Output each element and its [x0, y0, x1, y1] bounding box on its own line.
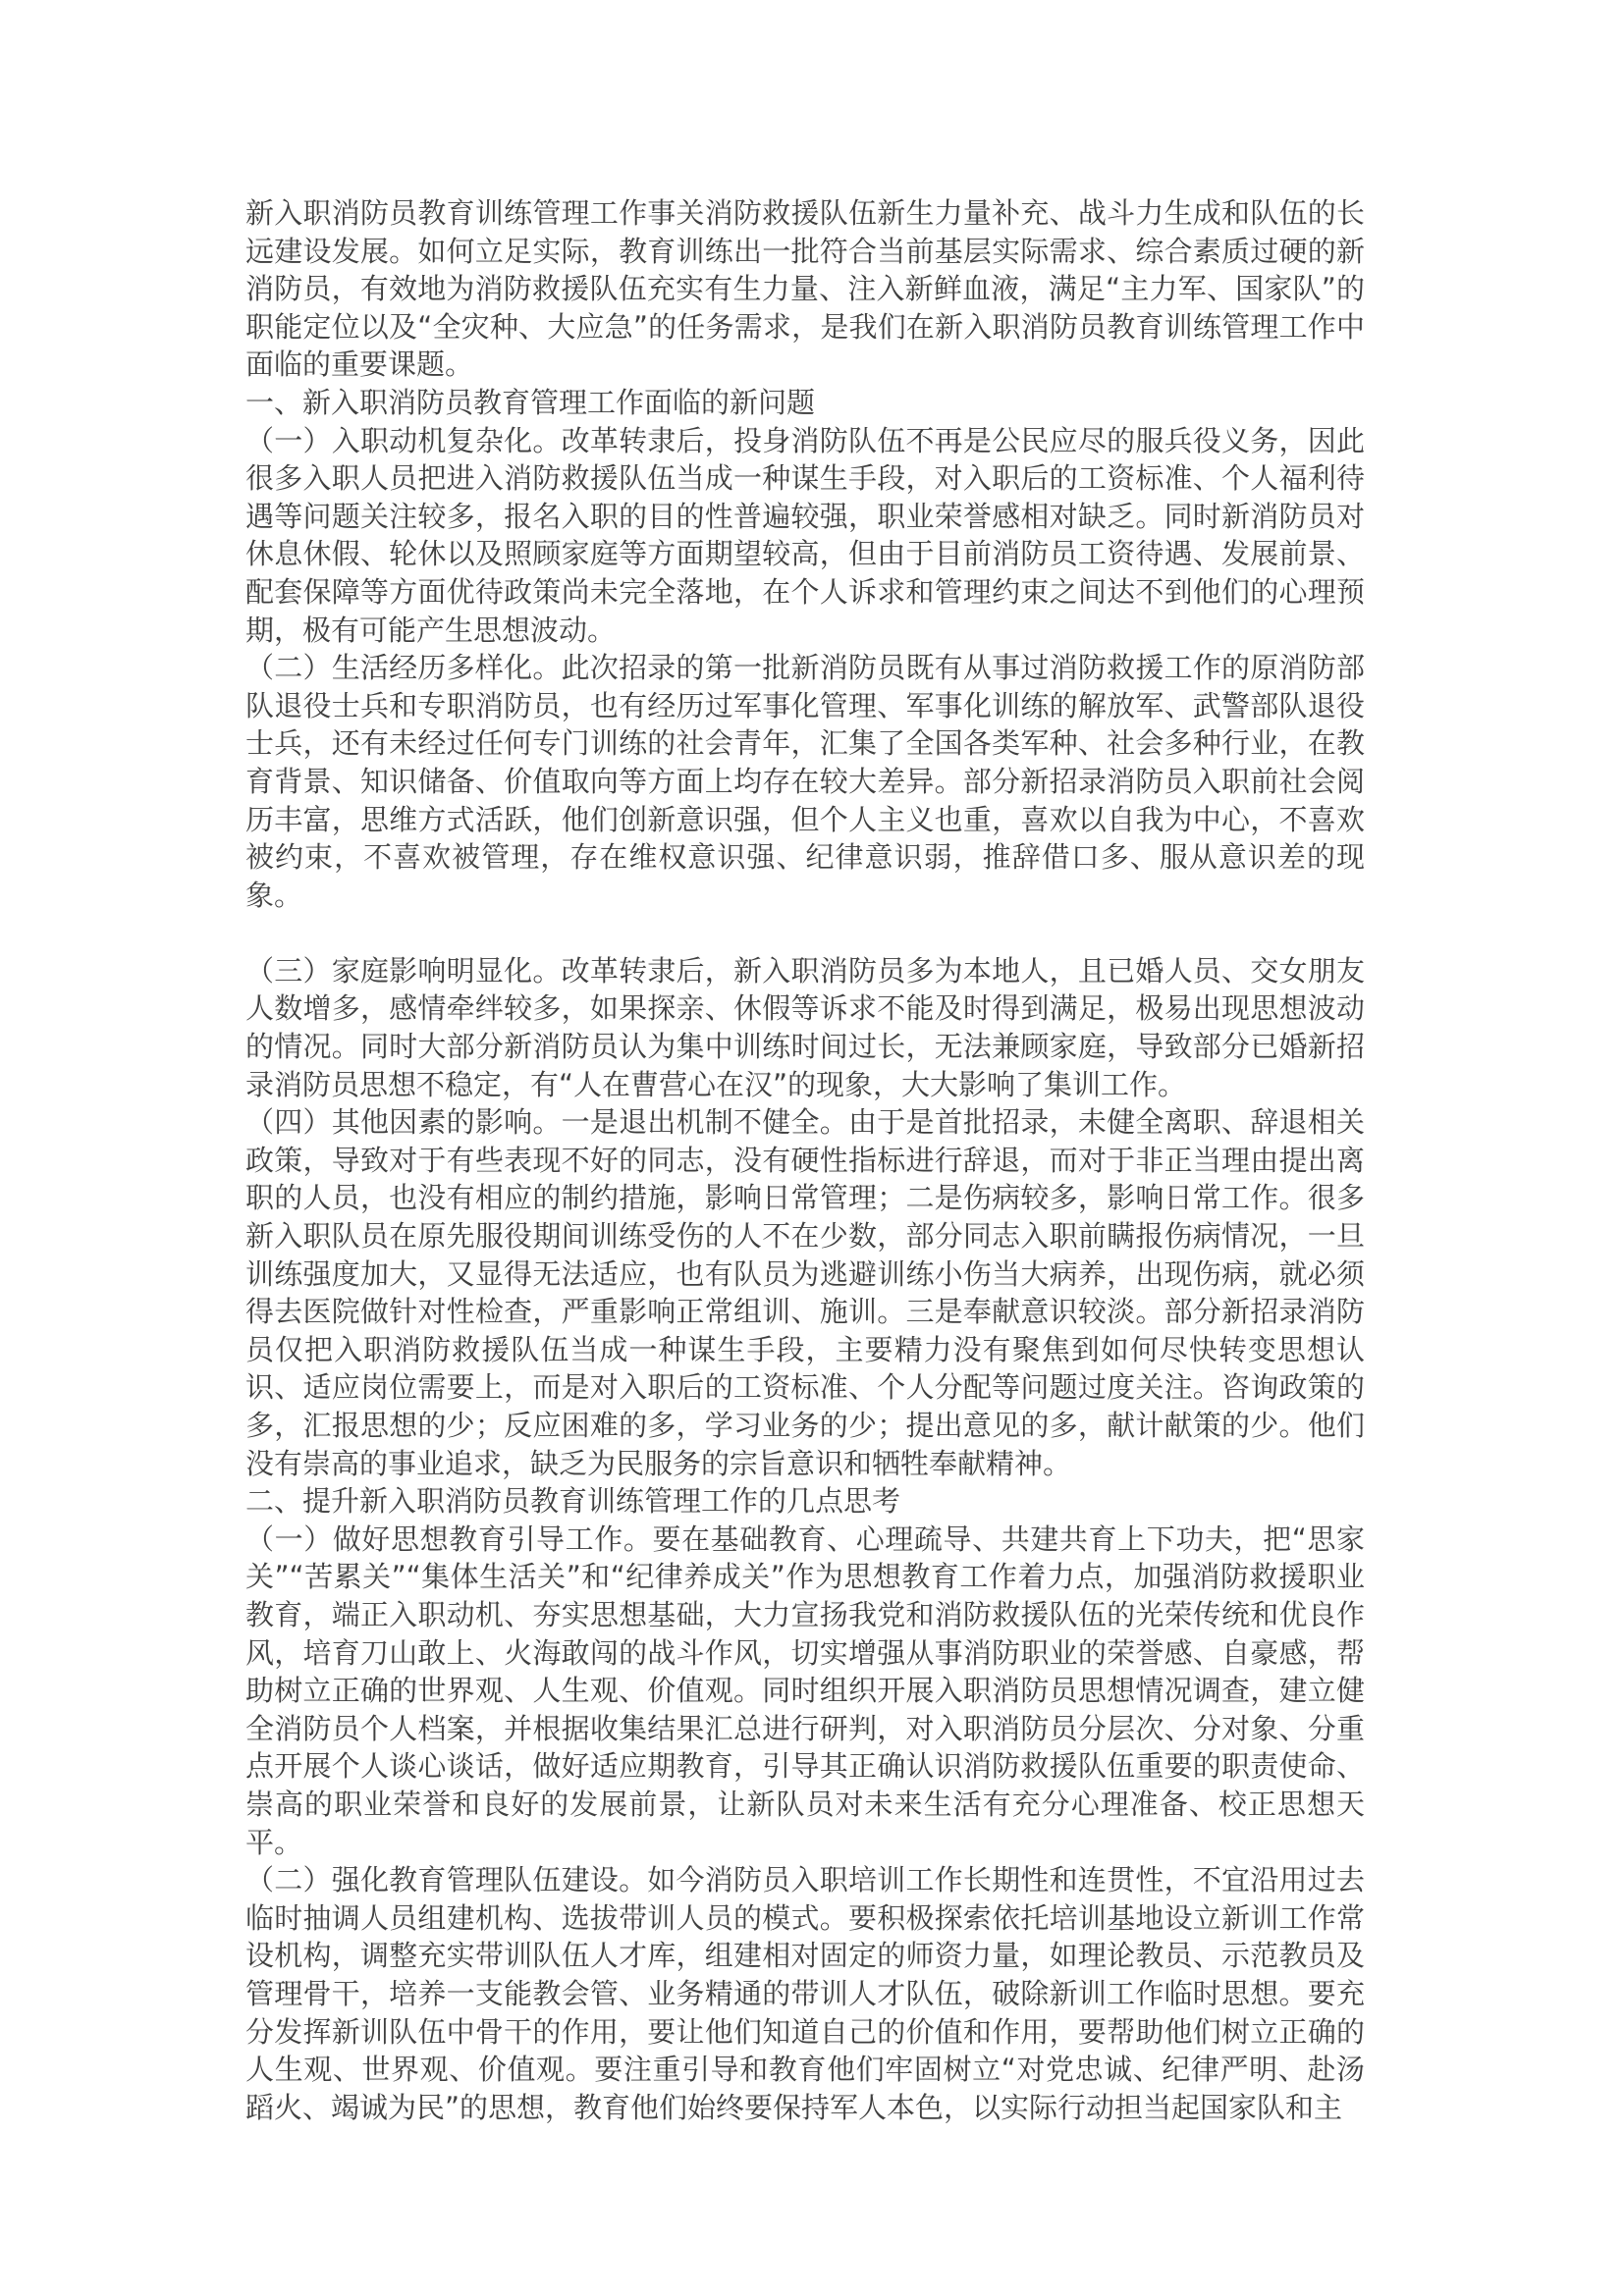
document-body: 新入职消防员教育训练管理工作事关消防救援队伍新生力量补充、战斗力生成和队伍的长远…: [245, 194, 1365, 2126]
section-1-heading: 一、新入职消防员教育管理工作面临的新问题: [245, 384, 1365, 422]
section-1-paragraph-4: （四）其他因素的影响。一是退出机制不健全。由于是首批招录，未健全离职、辞退相关政…: [245, 1103, 1365, 1482]
intro-paragraph: 新入职消防员教育训练管理工作事关消防救援队伍新生力量补充、战斗力生成和队伍的长远…: [245, 194, 1365, 384]
section-2-paragraph-1: （一）做好思想教育引导工作。要在基础教育、心理疏导、共建共育上下功夫，把“思家关…: [245, 1521, 1365, 1861]
section-1-paragraph-1: （一）入职动机复杂化。改革转隶后，投身消防队伍不再是公民应尽的服兵役义务，因此很…: [245, 422, 1365, 650]
section-2-paragraph-2: （二）强化教育管理队伍建设。如今消防员入职培训工作长期性和连贯性，不宜沿用过去临…: [245, 1861, 1365, 2126]
section-1-paragraph-3: （三）家庭影响明显化。改革转隶后，新入职消防员多为本地人，且已婚人员、交女朋友人…: [245, 952, 1365, 1103]
document-page: 新入职消防员教育训练管理工作事关消防救援队伍新生力量补充、战斗力生成和队伍的长远…: [0, 0, 1624, 2296]
section-2-heading: 二、提升新入职消防员教育训练管理工作的几点思考: [245, 1482, 1365, 1521]
section-1-paragraph-2: （二）生活经历多样化。此次招录的第一批新消防员既有从事过消防救援工作的原消防部队…: [245, 649, 1365, 914]
blank-line: [245, 914, 1365, 952]
